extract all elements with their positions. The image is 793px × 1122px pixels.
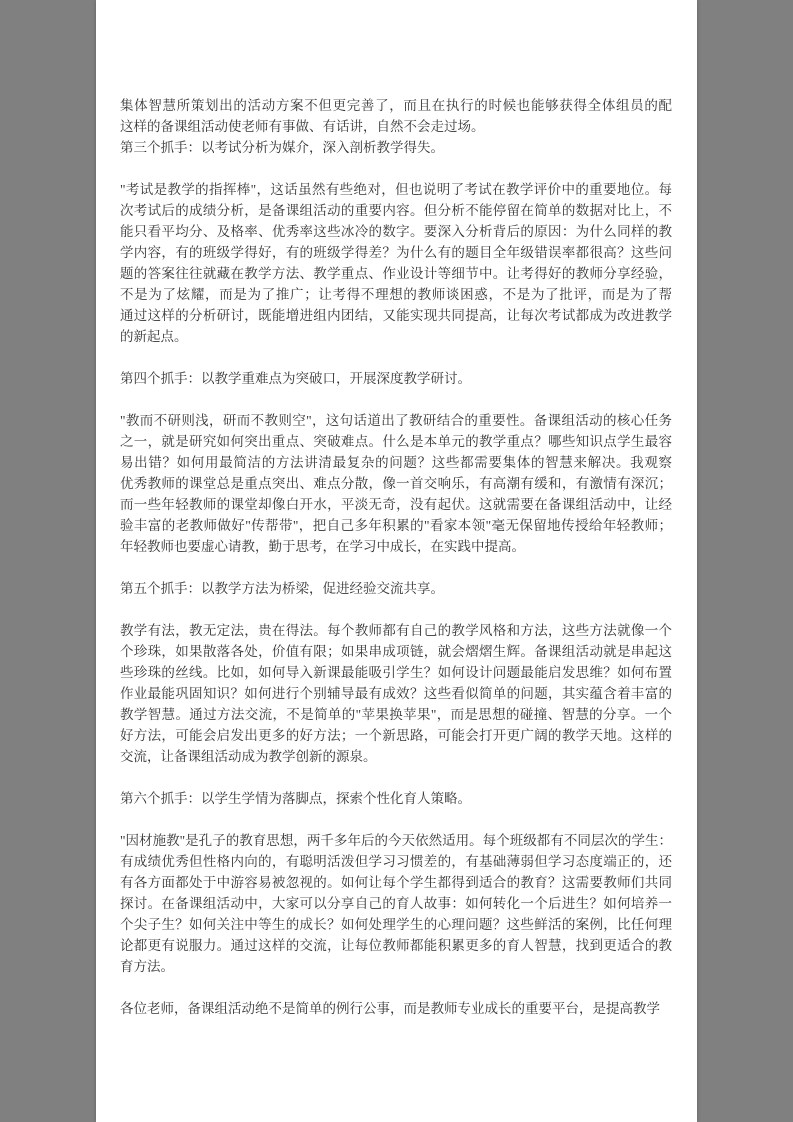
text-line: 而一些年轻教师的课堂却像白开水，平淡无奇，没有起伏。这就需要在备课组活动中，让经 <box>120 494 672 515</box>
text-line: 验丰富的老教师做好"传帮带"，把自己多年积累的"看家本领"毫无保留地传授给年轻教… <box>120 515 672 536</box>
text-line: 集体智慧所策划出的活动方案不但更完善了，而且在执行的时候也能够获得全体组员的配合… <box>120 95 672 116</box>
text-line: 作业最能巩固知识？如何进行个别辅导最有成效？这些看似简单的问题，其实蕴含着丰富的 <box>120 683 672 704</box>
viewer-background: 集体智慧所策划出的活动方案不但更完善了，而且在执行的时候也能够获得全体组员的配合… <box>0 0 793 1122</box>
text-line: 好方法，可能会启发出更多的好方法；一个新思路，可能会打开更广阔的教学天地。这样的 <box>120 725 672 746</box>
text-line: 学内容，有的班级学得好，有的班级学得差？为什么有的题目全年级错误率都很高？这些问 <box>120 242 672 263</box>
text-line: 题的答案往往就藏在教学方法、教学重点、作业设计等细节中。让考得好的教师分享经验， <box>120 263 672 284</box>
text-line: 第六个抓手：以学生学情为落脚点，探索个性化育人策略。 <box>120 788 672 809</box>
text-line: 不是为了炫耀，而是为了推广；让考得不理想的教师谈困惑，不是为了批评，而是为了帮扶… <box>120 284 672 305</box>
text-line: 交流，让备课组活动成为教学创新的源泉。 <box>120 746 672 767</box>
paragraph-spacer <box>120 767 672 788</box>
text-line: "因材施教"是孔子的教育思想，两千多年后的今天依然适用。每个班级都有不同层次的学… <box>120 830 672 851</box>
text-line: 优秀教师的课堂总是重点突出、难点分散，像一首交响乐，有高潮有缓和，有激情有深沉； <box>120 473 672 494</box>
document-page: 集体智慧所策划出的活动方案不但更完善了，而且在执行的时候也能够获得全体组员的配合… <box>96 0 697 1122</box>
paragraph-spacer <box>120 158 672 179</box>
paragraph-spacer <box>120 599 672 620</box>
text-line: 各位老师，备课组活动绝不是简单的例行公事，而是教师专业成长的重要平台，是提高教学 <box>120 998 672 1019</box>
paragraph-spacer <box>120 557 672 578</box>
text-line: 易出错？如何用最简洁的方法讲清最复杂的问题？这些都需要集体的智慧来解决。我观察到… <box>120 452 672 473</box>
text-line: 第三个抓手：以考试分析为媒介，深入剖析教学得失。 <box>120 137 672 158</box>
text-line: 教学有法，教无定法，贵在得法。每个教师都有自己的教学风格和方法，这些方法就像一个 <box>120 620 672 641</box>
text-line: 有各方面都处于中游容易被忽视的。如何让每个学生都得到适合的教育？这需要教师们共同 <box>120 872 672 893</box>
text-line: "教而不研则浅，研而不教则空"，这句话道出了教研结合的重要性。备课组活动的核心任… <box>120 410 672 431</box>
text-line: 年轻教师也要虚心请教，勤于思考，在学习中成长，在实践中提高。 <box>120 536 672 557</box>
text-line: 第五个抓手：以教学方法为桥梁，促进经验交流共享。 <box>120 578 672 599</box>
text-line: "考试是教学的指挥棒"，这话虽然有些绝对，但也说明了考试在教学评价中的重要地位。… <box>120 179 672 200</box>
text-line: 些珍珠的丝线。比如，如何导入新课最能吸引学生？如何设计问题最能启发思维？如何布置 <box>120 662 672 683</box>
text-line: 通过这样的分析研讨，既能增进组内团结，又能实现共同提高，让每次考试都成为改进教学 <box>120 305 672 326</box>
text-line: 的新起点。 <box>120 326 672 347</box>
text-line: 育方法。 <box>120 956 672 977</box>
text-line: 这样的备课组活动使老师有事做、有话讲，自然不会走过场。 <box>120 116 672 137</box>
paragraph-spacer <box>120 389 672 410</box>
text-line: 能只看平均分、及格率、优秀率这些冰冷的数字。要深入分析背后的原因：为什么同样的教 <box>120 221 672 242</box>
document-body: 集体智慧所策划出的活动方案不但更完善了，而且在执行的时候也能够获得全体组员的配合… <box>120 95 672 1019</box>
text-line: 之一，就是研究如何突出重点、突破难点。什么是本单元的教学重点？哪些知识点学生最容 <box>120 431 672 452</box>
text-line: 论都更有说服力。通过这样的交流，让每位教师都能积累更多的育人智慧，找到更适合的教 <box>120 935 672 956</box>
text-line: 个珍珠，如果散落各处，价值有限；如果串成项链，就会熠熠生辉。备课组活动就是串起这 <box>120 641 672 662</box>
text-line: 探讨。在备课组活动中，大家可以分享自己的育人故事：如何转化一个后进生？如何培养一 <box>120 893 672 914</box>
paragraph-spacer <box>120 347 672 368</box>
text-line: 有成绩优秀但性格内向的，有聪明活泼但学习习惯差的，有基础薄弱但学习态度端正的，还 <box>120 851 672 872</box>
paragraph-spacer <box>120 977 672 998</box>
text-line: 第四个抓手：以教学重难点为突破口，开展深度教学研讨。 <box>120 368 672 389</box>
text-line: 个尖子生？如何关注中等生的成长？如何处理学生的心理问题？这些鲜活的案例，比任何理 <box>120 914 672 935</box>
text-line: 教学智慧。通过方法交流，不是简单的"苹果换苹果"，而是思想的碰撞、智慧的分享。一… <box>120 704 672 725</box>
paragraph-spacer <box>120 809 672 830</box>
text-line: 次考试后的成绩分析，是备课组活动的重要内容。但分析不能停留在简单的数据对比上，不 <box>120 200 672 221</box>
